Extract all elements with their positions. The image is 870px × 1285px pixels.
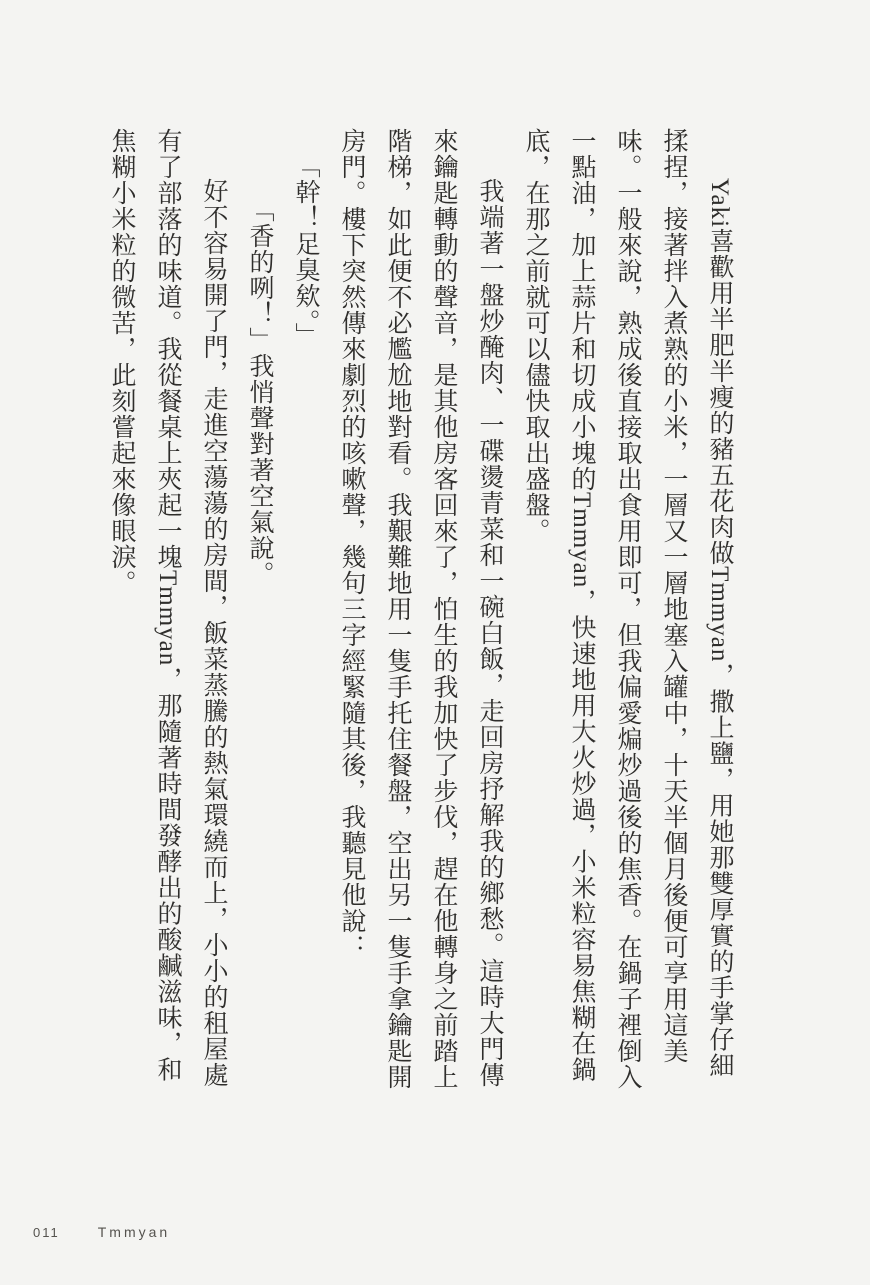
body-paragraph: 「幹！足臭欸。」 — [282, 128, 328, 1090]
text-block: Yaki喜歡用半肥半瘦的豬五花肉做Tmmyan，撒上鹽，用她那雙厚實的手掌仔細揉… — [98, 128, 742, 1090]
page-number: 011 — [33, 1225, 60, 1240]
book-page: Yaki喜歡用半肥半瘦的豬五花肉做Tmmyan，撒上鹽，用她那雙厚實的手掌仔細揉… — [0, 0, 870, 1285]
body-paragraph: 好不容易開了門，走進空蕩蕩的房間，飯菜蒸騰的熱氣環繞而上，小小的租屋處有了部落的… — [98, 128, 236, 1090]
page-footer: 011 Tmmyan — [33, 1224, 170, 1240]
body-paragraph: 我端著一盤炒醃肉、一碟燙青菜和一碗白飯，走回房抒解我的鄉愁。這時大門傳來鑰匙轉動… — [328, 128, 512, 1090]
body-paragraph: 「香的咧！」我悄聲對著空氣說。 — [236, 128, 282, 1090]
body-paragraph: Yaki喜歡用半肥半瘦的豬五花肉做Tmmyan，撒上鹽，用她那雙厚實的手掌仔細揉… — [512, 128, 742, 1090]
running-title: Tmmyan — [98, 1224, 170, 1240]
